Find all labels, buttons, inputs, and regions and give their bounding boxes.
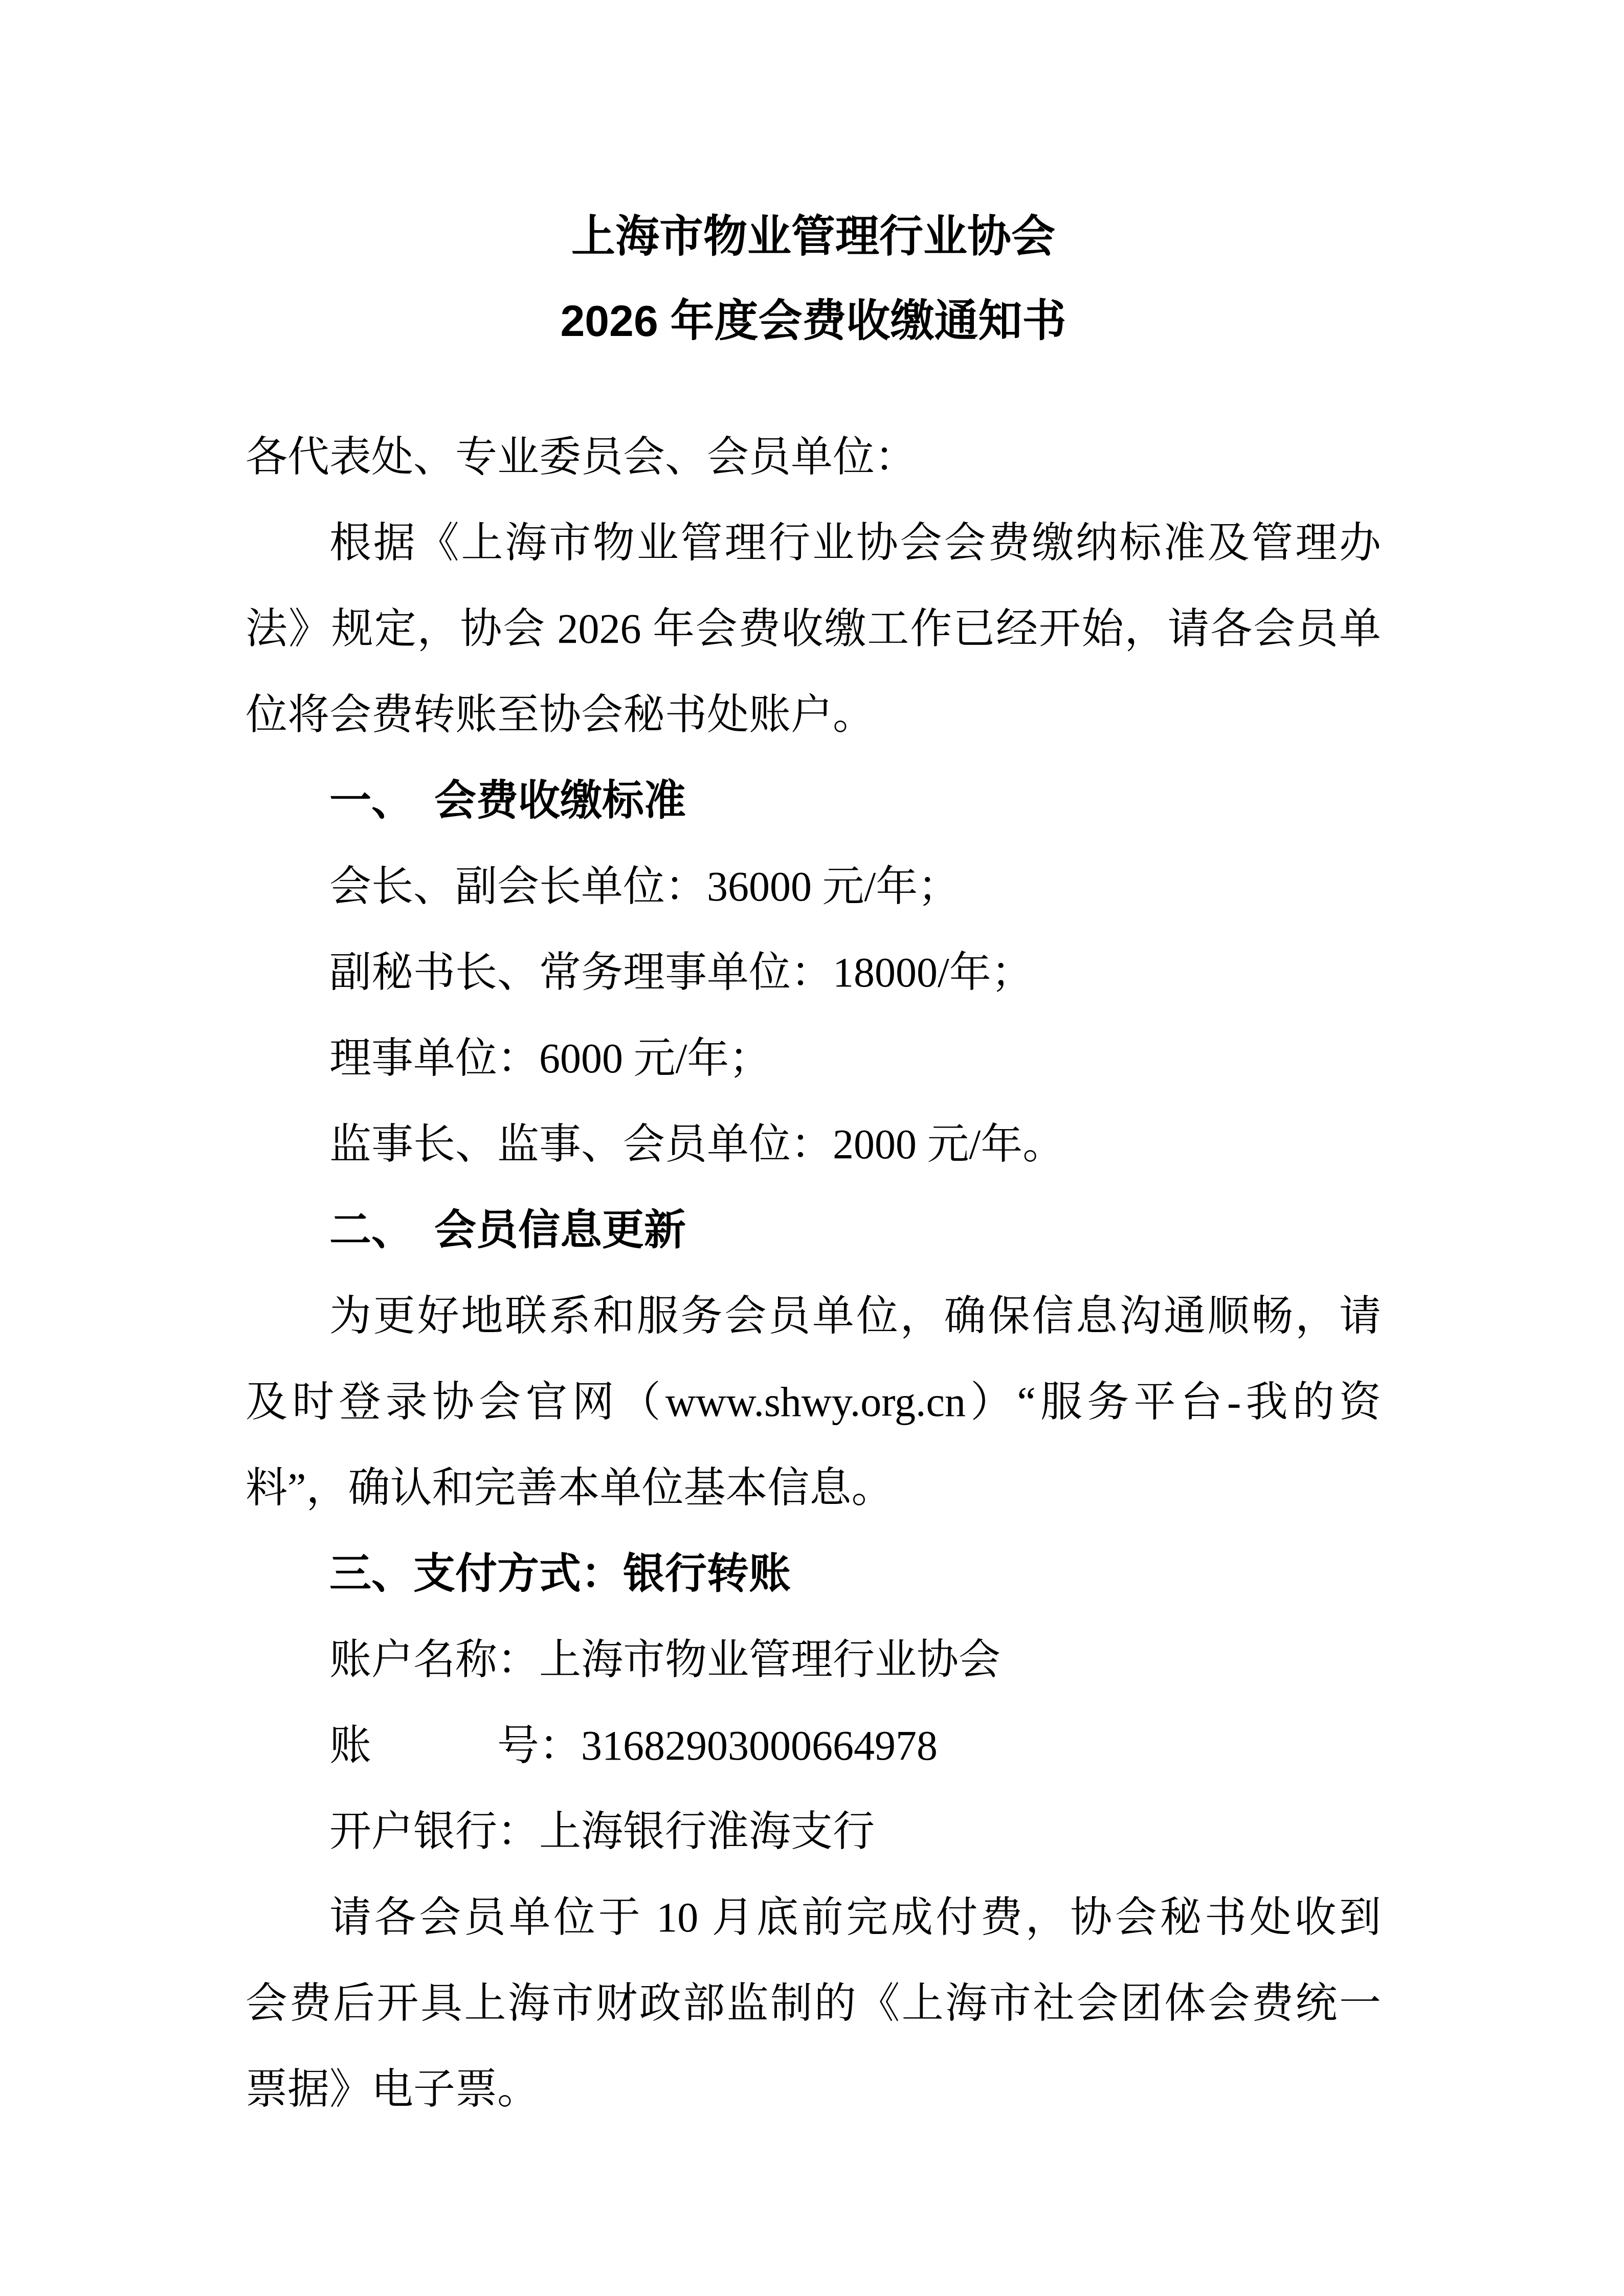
doc-title-line1: 上海市物业管理行业协会	[246, 195, 1381, 279]
salutation-line: 各代表处、专业委员会、会员单位：	[246, 414, 1381, 500]
section-heading-2: 二、 会员信息更新	[246, 1187, 1381, 1273]
document-page: 上海市物业管理行业协会 2026 年度会费收缴通知书 各代表处、专业委员会、会员…	[0, 0, 1624, 2296]
account-name-line: 账户名称：上海市物业管理行业协会	[246, 1617, 1381, 1703]
doc-line: 料”，确认和完善本单位基本信息。	[246, 1445, 1381, 1531]
doc-line: 法》规定，协会 2026 年会费收缴工作已经开始，请各会员单	[246, 586, 1381, 672]
fee-line-member: 监事长、监事、会员单位：2000 元/年。	[246, 1101, 1381, 1187]
fee-line-president: 会长、副会长单位：36000 元/年；	[246, 844, 1381, 930]
doc-line: 票据》电子票。	[246, 2046, 1381, 2132]
doc-line: 会费后开具上海市财政部监制的《上海市社会团体会费统一	[246, 1961, 1381, 2046]
bank-line: 开户银行：上海银行淮海支行	[246, 1789, 1381, 1875]
account-number-line: 账 号：31682903000664978	[246, 1703, 1381, 1789]
doc-line: 请各会员单位于 10 月底前完成付费，协会秘书处收到	[246, 1875, 1381, 1961]
doc-line: 为更好地联系和服务会员单位，确保信息沟通顺畅，请	[246, 1273, 1381, 1359]
doc-line: 根据《上海市物业管理行业协会会费缴纳标准及管理办	[246, 500, 1381, 586]
doc-line: 位将会费转账至协会秘书处账户。	[246, 672, 1381, 758]
fee-line-director: 副秘书长、常务理事单位：18000/年；	[246, 930, 1381, 1016]
section-heading-3: 三、支付方式：银行转账	[246, 1531, 1381, 1617]
document-body: 各代表处、专业委员会、会员单位： 根据《上海市物业管理行业协会会费缴纳标准及管理…	[246, 414, 1381, 2132]
section-heading-1: 一、 会费收缴标准	[246, 758, 1381, 844]
doc-title-line2: 2026 年度会费收缴通知书	[246, 279, 1381, 364]
fee-line-council: 理事单位：6000 元/年；	[246, 1016, 1381, 1101]
document-title-block: 上海市物业管理行业协会 2026 年度会费收缴通知书	[246, 195, 1381, 364]
doc-line: 及时登录协会官网（www.shwy.org.cn）“服务平台-我的资	[246, 1359, 1381, 1445]
